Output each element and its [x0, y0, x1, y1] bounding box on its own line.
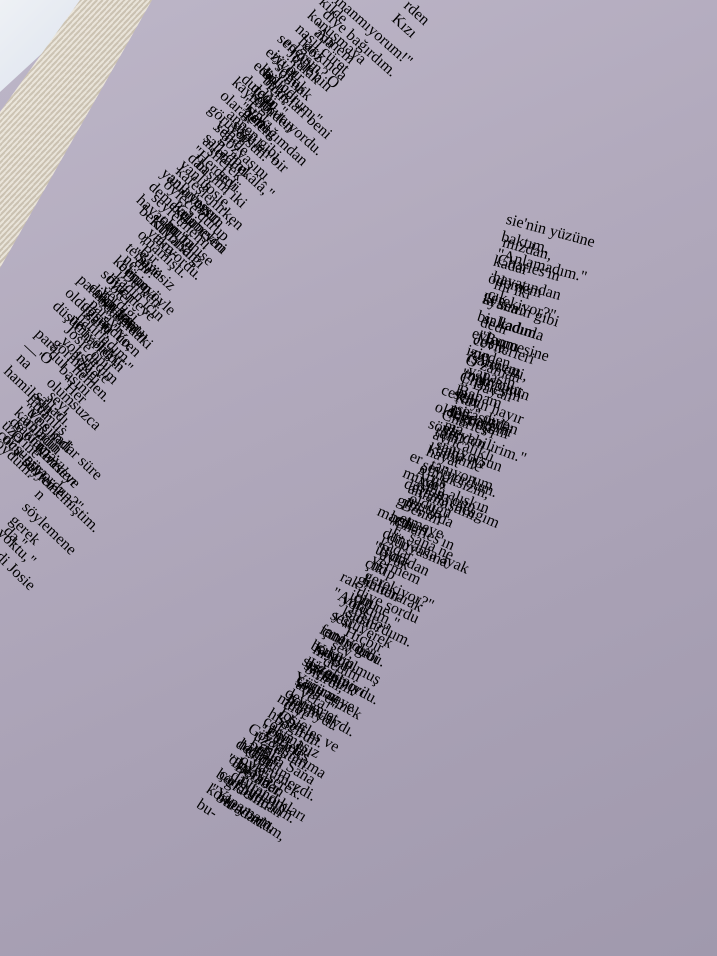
book-photo: sie'nin yüzüne baktım. "Anlamadım."mızda…: [0, 0, 717, 956]
